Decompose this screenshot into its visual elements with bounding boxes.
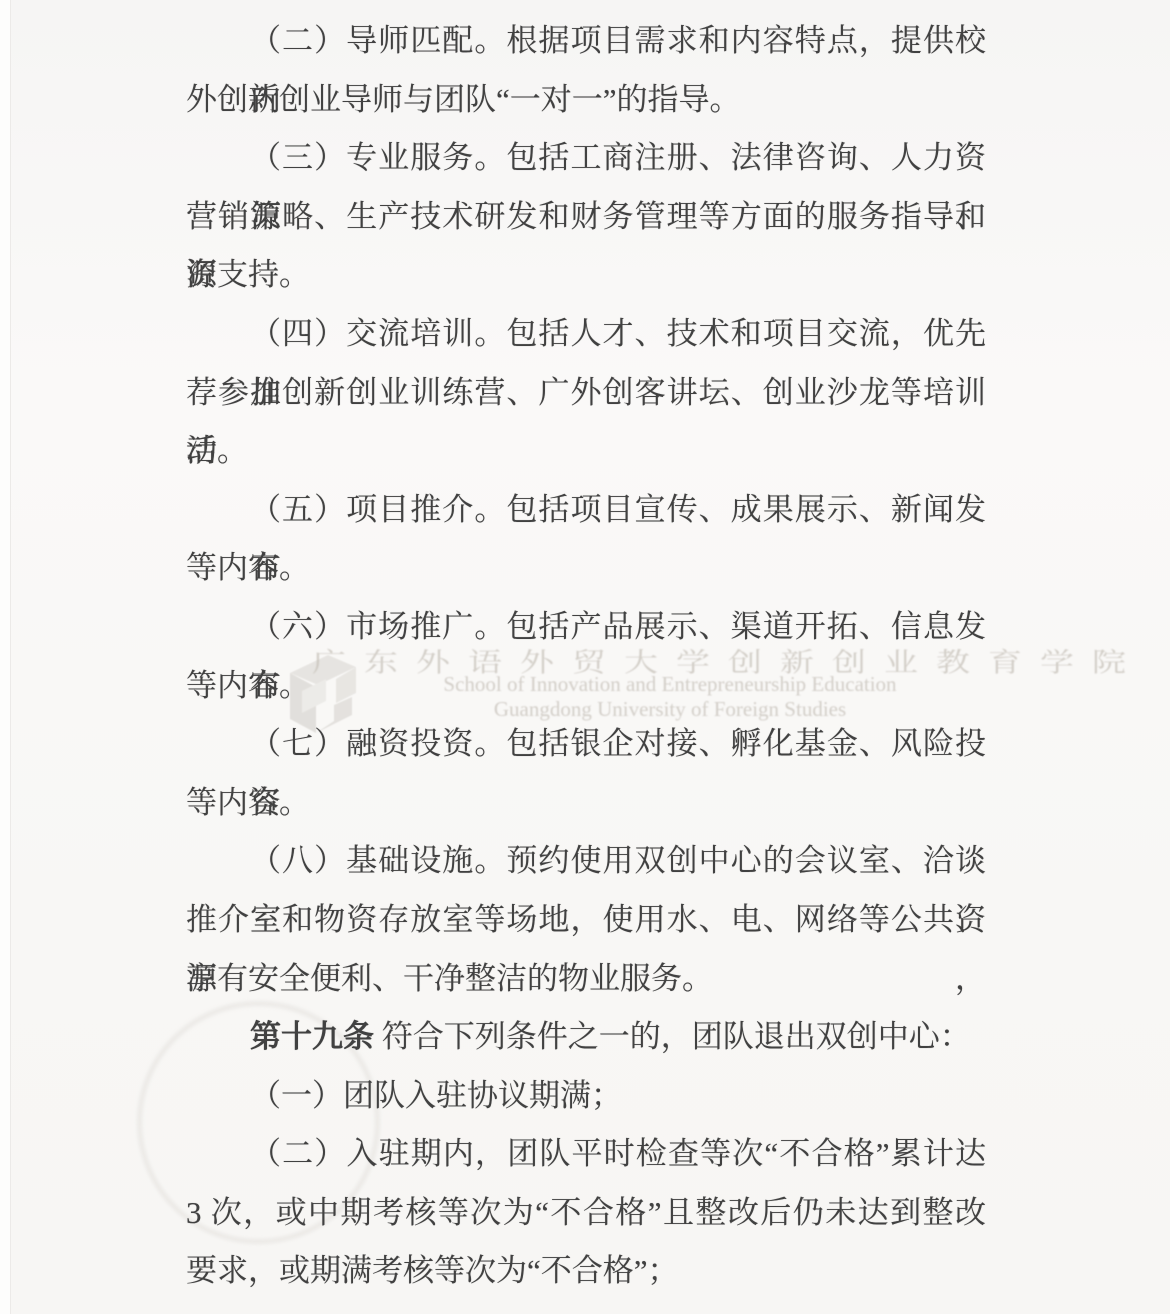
scanned-document-page: { "colors": { "background": "#f8f7f5", "…: [0, 0, 1170, 1314]
doc-line: 推介室和物资存放室等场地，使用水、电、网络等公共资源，: [186, 891, 986, 950]
doc-line: （七）融资投资。包括银企对接、孵化基金、风险投资: [186, 715, 986, 774]
doc-line: （八）基础设施。预约使用双创中心的会议室、洽谈室、: [186, 832, 986, 891]
article-19-label: 第十九条: [250, 1019, 374, 1054]
doc-line: 动。: [186, 422, 986, 481]
doc-line: （二）入驻期内，团队平时检查等次“不合格”累计达: [186, 1125, 986, 1184]
doc-line: 营销策略、生产技术研发和财务管理等方面的服务指导和资: [186, 188, 986, 247]
doc-line: 等内容。: [186, 539, 986, 598]
doc-line: 要求，或期满考核等次为“不合格”；: [186, 1242, 986, 1301]
doc-line: 等内容。: [186, 657, 986, 716]
article-19-heading-line: 第十九条 符合下列条件之一的，团队退出双创中心：: [186, 1008, 986, 1067]
scan-page-edge: [0, 0, 11, 1314]
doc-line: 荐参加创新创业训练营、广外创客讲坛、创业沙龙等培训活: [186, 364, 986, 423]
doc-line: （一）团队入驻协议期满；: [186, 1067, 986, 1126]
doc-line: （五）项目推介。包括项目宣传、成果展示、新闻发布: [186, 481, 986, 540]
doc-line: 等内容。: [186, 774, 986, 833]
doc-line: 外创新创业导师与团队“一对一”的指导。: [186, 71, 986, 130]
doc-line: （四）交流培训。包括人才、技术和项目交流，优先推: [186, 305, 986, 364]
doc-line: （三）专业服务。包括工商注册、法律咨询、人力资源、: [186, 129, 986, 188]
doc-line: （六）市场推广。包括产品展示、渠道开拓、信息发布: [186, 598, 986, 657]
document-body: （二）导师匹配。根据项目需求和内容特点，提供校内 外创新创业导师与团队“一对一”…: [186, 12, 986, 1301]
article-19-text: 符合下列条件之一的，团队退出双创中心：: [374, 1019, 971, 1054]
doc-line: （二）导师匹配。根据项目需求和内容特点，提供校内: [186, 12, 986, 71]
doc-line: 源支持。: [186, 246, 986, 305]
doc-line: 3 次，或中期考核等次为“不合格”且整改后仍未达到整改: [186, 1184, 986, 1243]
